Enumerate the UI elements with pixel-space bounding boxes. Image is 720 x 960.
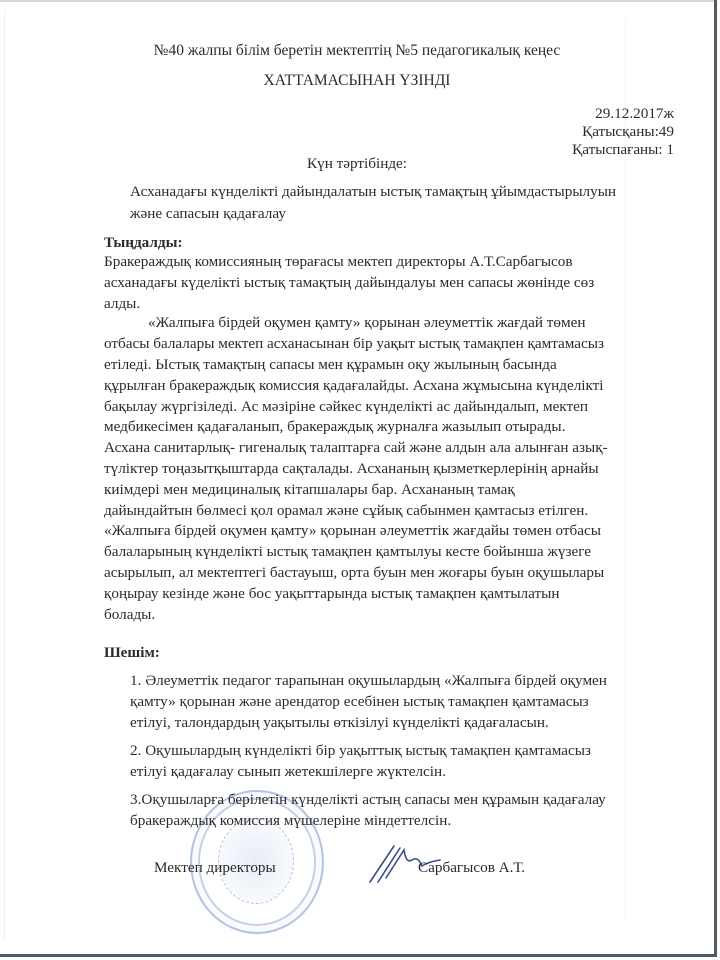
agenda-label: Күн тәртібінде: [0, 154, 714, 174]
heard-line: киімдері мен медициналық кітапшалары бар… [104, 480, 515, 500]
agenda-line: Асханадағы күнделікті дайындалатын ыстық… [130, 182, 616, 202]
meeting-date: 29.12.2017ж [595, 105, 674, 123]
heard-label: Тыңдалды: [104, 233, 183, 253]
decision-item-3-line: бракераждық комиссия мүшелеріне міндетте… [130, 811, 451, 831]
heard-line: отбасы балалары мектеп асханасынан бір у… [104, 334, 604, 354]
heard-line: қоңырау кезінде және бос уақыттарында ыс… [104, 584, 559, 604]
signatory-name: Сарбагысов А.Т. [418, 858, 525, 878]
decision-item-3-line: 3.Оқушыларға берілетін күнделікті астың … [130, 790, 606, 810]
document-title: №40 жалпы білім беретін мектептің №5 пед… [0, 41, 714, 61]
heard-line: Асхана санитарлық- гигеналық талаптарға … [104, 438, 608, 458]
decision-item-2-line: 2. Оқушылардың күнделікті бір уақыттық ы… [130, 741, 591, 761]
scanned-document-page: №40 жалпы білім беретін мектептің №5 пед… [0, 0, 717, 957]
heard-line: етіледі. Ыстық тамақтың сапасы мен құрам… [104, 355, 557, 375]
agenda-line: және сапасын қадағалау [130, 204, 286, 224]
heard-line: алды. [104, 294, 140, 314]
heard-line: Бракераждық комиссияның төрағасы мектеп … [104, 252, 573, 272]
heard-line: «Жалпыға бірдей оқумен қамту» қорынан әл… [104, 521, 601, 541]
heard-line: түліктер тоңазытқыштарда сақталады. Асха… [104, 459, 599, 479]
decision-label: Шешім: [104, 643, 160, 663]
heard-line: құрылған бракераждық комиссия қадағалайд… [104, 376, 604, 396]
heard-line: дайындайтын бөлмесі қол орамал және сұйы… [104, 501, 588, 521]
heard-line: бақылау жүргізіледі. Ас мәзіріне сәйкес … [104, 397, 588, 417]
heard-line: болады. [104, 605, 155, 625]
scan-edge [0, 0, 714, 2]
heard-line: «Жалпыға бірдей оқумен қамту» қорынан әл… [148, 313, 586, 333]
heard-line: балаларының күнделікті ыстық тамақпен қа… [104, 542, 591, 562]
decision-item-2-line: етілуі қадағалау сынып жетекшілерге жүкт… [130, 762, 446, 782]
decision-item-1-line: 1. Әлеуметтік педагог тарапынан оқушылар… [130, 671, 607, 691]
scan-artifact [4, 10, 5, 940]
decision-item-1-line: қамту» қорынан және арендатор есебінен ы… [130, 692, 589, 712]
document-subtitle: ХАТТАМАСЫНАН ҮЗІНДІ [0, 71, 714, 91]
heard-line: медбикесімен қадағаланып, бракераждық жу… [104, 417, 565, 437]
attendance-present: Қатысқаны:49 [582, 123, 674, 141]
decision-item-1-line: етілуі, талондардың уақытылы өткізілуі к… [130, 713, 549, 733]
heard-line: асырылып, ал мектептегі бастауыш, орта б… [104, 563, 604, 583]
signatory-role: Мектеп директоры [154, 858, 276, 878]
heard-line: асханадағы күделікті ыстық тамақтың дайы… [104, 273, 594, 293]
